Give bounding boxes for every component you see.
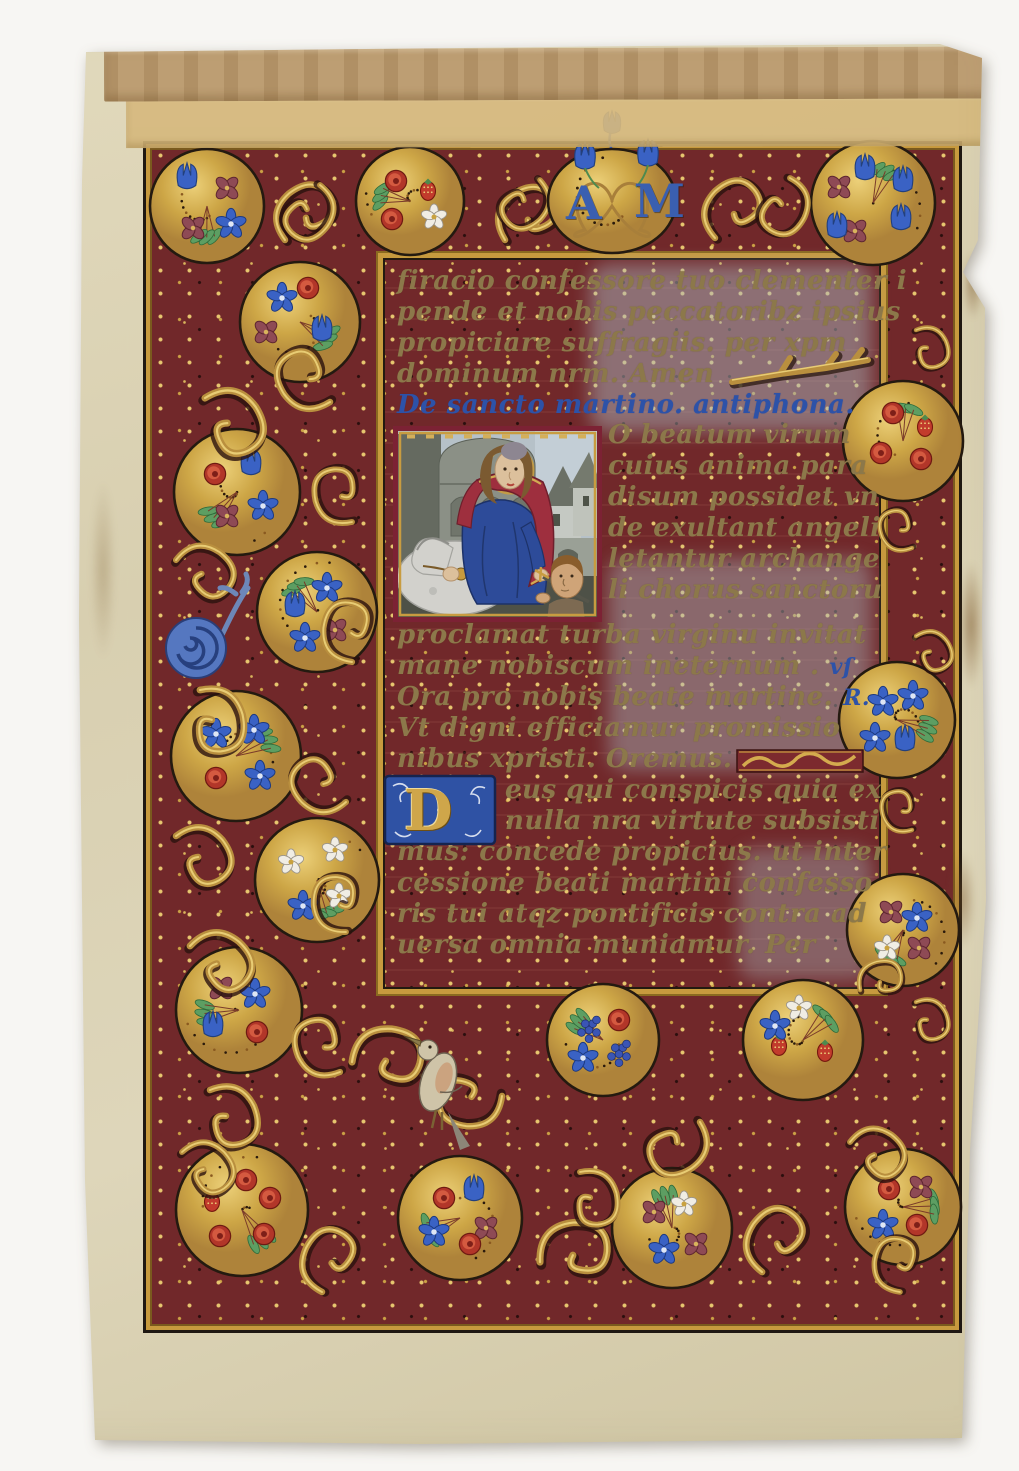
archival-tape-dark [104,46,1009,101]
text-block-beside-miniature: O beatum virum cuius anima para disum po… [608,420,876,606]
text-line: dominum nrm. Amen [397,359,873,390]
text-line: mus: concede propicius. ut inter [397,837,875,868]
folio-number-pencil: 12 [44,1399,91,1431]
text-line-content: letantur archange [608,544,880,574]
parchment-stain [962,250,984,320]
text-line-content: uersa omnia muniamur. Per [397,930,816,960]
text-line-content: de exultant angeli [608,513,881,543]
text-line: ris tui atqz pontificis contra ad [397,899,875,930]
parchment-stain [90,480,116,660]
response-mark: R. [843,685,870,711]
text-line: firacio confessore tuo clementer i [397,266,873,297]
text-line: O beatum virum [608,420,876,451]
text-line: proclamat turba virginu invitat [397,620,875,651]
text-line: eus qui conspicis quia ex [397,775,875,806]
text-line: cessione beati martini confesso [397,868,875,899]
text-line-content: cessione beati martini confesso [397,868,873,898]
text-line-content: nibus xpristi. Oremus. [397,744,732,774]
parchment-leaf: firacio confessore tuo clementer i pende… [0,0,1019,1471]
text-line-content: propiciare suffragiis. per xpm [397,328,847,358]
text-line-content: dominum nrm. Amen [397,359,714,389]
parchment-stain [948,850,976,950]
text-line-content: cuius anima para [608,451,868,481]
text-line: nibus xpristi. Oremus. [397,744,875,775]
text-line-content: firacio confessore tuo clementer i [397,266,907,296]
text-line-content: ris tui atqz pontificis contra ad [397,899,867,929]
text-line: Ora pro nobis beate martine.R. [397,682,875,713]
scanned-manuscript-page: firacio confessore tuo clementer i pende… [0,0,1019,1471]
text-line-content: disum possidet vn [608,482,879,512]
text-line: cuius anima para [608,451,876,482]
text-line-content: mus: concede propicius. ut inter [397,837,887,867]
text-line: Vt digni efficiamur promissio [397,713,875,744]
text-line: disum possidet vn [608,482,876,513]
text-line-content: O beatum virum [608,420,851,450]
text-line-content: li chorus sanctoru [608,575,882,605]
text-line: mane nobiscum ineternum .vſ [397,651,875,682]
text-line-content: proclamat turba virginu invitat [397,620,867,650]
text-block-top: firacio confessore tuo clementer i pende… [397,266,873,421]
text-line: nulla nra virtute subsisti [397,806,875,837]
text-line: pende et nobis peccatoribz ipsius [397,297,873,328]
text-line-content: Vt digni efficiamur promissio [397,713,840,743]
text-line-content: mane nobiscum ineternum . [397,651,820,681]
text-line: de exultant angeli [608,513,876,544]
decorated-initial-letter: D [404,780,453,842]
monogram-letter-a: A [566,176,602,230]
rubric-line: De sancto martino. antiphona. [397,390,873,421]
monogram-letter-m: M [634,174,685,228]
text-line-content: nulla nra virtute subsisti [505,806,880,836]
text-line: letantur archange [608,544,876,575]
rubric-content: De sancto martino. antiphona. [397,390,855,420]
versicle-mark: vſ [830,654,853,680]
text-line: propiciare suffragiis. per xpm [397,328,873,359]
text-line: li chorus sanctoru [608,575,876,606]
text-line-content: Ora pro nobis beate martine. [397,682,833,712]
text-line: uersa omnia muniamur. Per [397,930,875,961]
leaf-shadow-wrap: firacio confessore tuo clementer i pende… [0,0,1019,1471]
text-block-lower: proclamat turba virginu invitat mane nob… [397,620,875,961]
text-line-content: eus qui conspicis quia ex [505,775,882,805]
text-line-content: pende et nobis peccatoribz ipsius [397,297,901,327]
archival-tape-light [126,96,1010,148]
parchment-stain [958,560,984,690]
